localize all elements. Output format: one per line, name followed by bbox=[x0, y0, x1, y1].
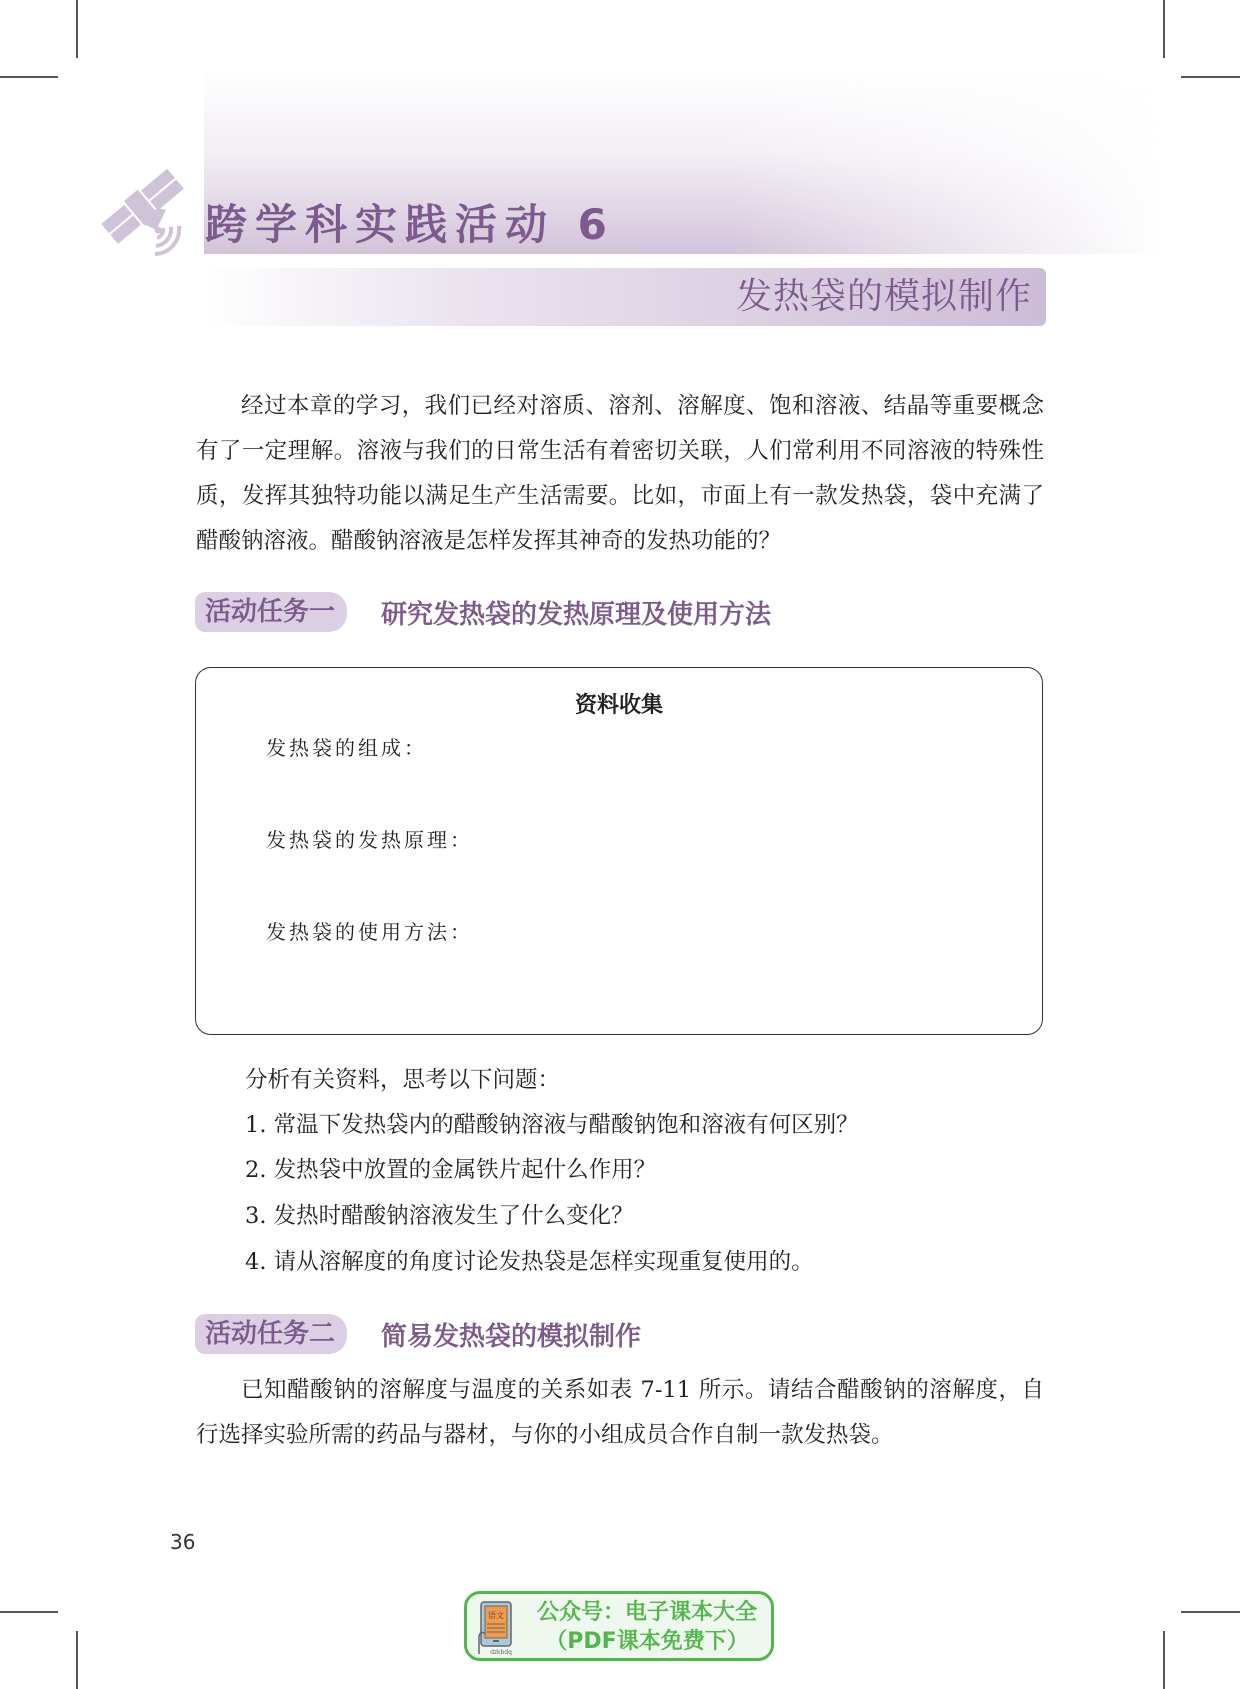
field-composition: 发热袋的组成： bbox=[266, 732, 427, 761]
subtitle-bar: 发热袋的模拟制作 bbox=[204, 268, 1046, 326]
intro-paragraph: 经过本章的学习，我们已经对溶质、溶剂、溶解度、饱和溶液、结晶等重要概念有了一定理… bbox=[196, 384, 1044, 564]
svg-text:语文: 语文 bbox=[488, 1610, 504, 1620]
watermark-text: 公众号：电子课本大全 （PDF课本免费下） bbox=[527, 1598, 767, 1656]
task2-paragraph: 已知醋酸钠的溶解度与温度的关系如表 7-11 所示。请结合醋酸钠的溶解度，自行选… bbox=[196, 1368, 1044, 1458]
crop-mark bbox=[76, 1631, 78, 1689]
box-title: 资料收集 bbox=[196, 688, 1042, 719]
task2-heading: 活动任务二 简易发热袋的模拟制作 bbox=[195, 1314, 641, 1354]
question-prompt: 分析有关资料，思考以下问题： bbox=[245, 1058, 560, 1103]
question-item: 2. 发热袋中放置的金属铁片起什么作用？ bbox=[245, 1148, 656, 1193]
crop-mark bbox=[1163, 1631, 1165, 1689]
question-item: 4. 请从溶解度的角度讨论发热袋是怎样实现重复使用的。 bbox=[245, 1240, 814, 1285]
info-collection-box: 资料收集 发热袋的组成： 发热袋的发热原理： 发热袋的使用方法： bbox=[195, 667, 1043, 1035]
field-usage: 发热袋的使用方法： bbox=[266, 916, 473, 945]
question-item: 3. 发热时醋酸钠溶液发生了什么变化？ bbox=[245, 1194, 634, 1239]
crop-mark bbox=[0, 76, 58, 78]
watermark-badge: 语文 dzkbdq 公众号：电子课本大全 （PDF课本免费下） bbox=[464, 1591, 774, 1661]
task2-title: 简易发热袋的模拟制作 bbox=[381, 1316, 641, 1353]
crop-mark bbox=[1181, 76, 1240, 78]
task1-label: 活动任务一 bbox=[195, 592, 347, 632]
page-title: 跨学科实践活动 6 bbox=[205, 198, 615, 252]
crop-mark bbox=[1163, 0, 1165, 58]
question-item: 1. 常温下发热袋内的醋酸钠溶液与醋酸钠饱和溶液有何区别？ bbox=[245, 1103, 859, 1148]
watermark-line1: 公众号：电子课本大全 bbox=[527, 1598, 767, 1627]
field-principle: 发热袋的发热原理： bbox=[266, 824, 473, 853]
satellite-icon bbox=[100, 158, 200, 258]
crop-mark bbox=[1181, 1611, 1240, 1613]
crop-mark bbox=[76, 0, 78, 58]
task1-title: 研究发热袋的发热原理及使用方法 bbox=[381, 594, 771, 631]
task1-heading: 活动任务一 研究发热袋的发热原理及使用方法 bbox=[195, 592, 771, 632]
page-subtitle: 发热袋的模拟制作 bbox=[736, 274, 1032, 320]
svg-text:dzkbdq: dzkbdq bbox=[490, 1649, 512, 1656]
ebook-icon: 语文 dzkbdq bbox=[477, 1600, 521, 1656]
task2-label: 活动任务二 bbox=[195, 1314, 347, 1354]
crop-mark bbox=[0, 1611, 58, 1613]
watermark-line2: （PDF课本免费下） bbox=[527, 1627, 767, 1656]
page-number: 36 bbox=[170, 1530, 195, 1554]
